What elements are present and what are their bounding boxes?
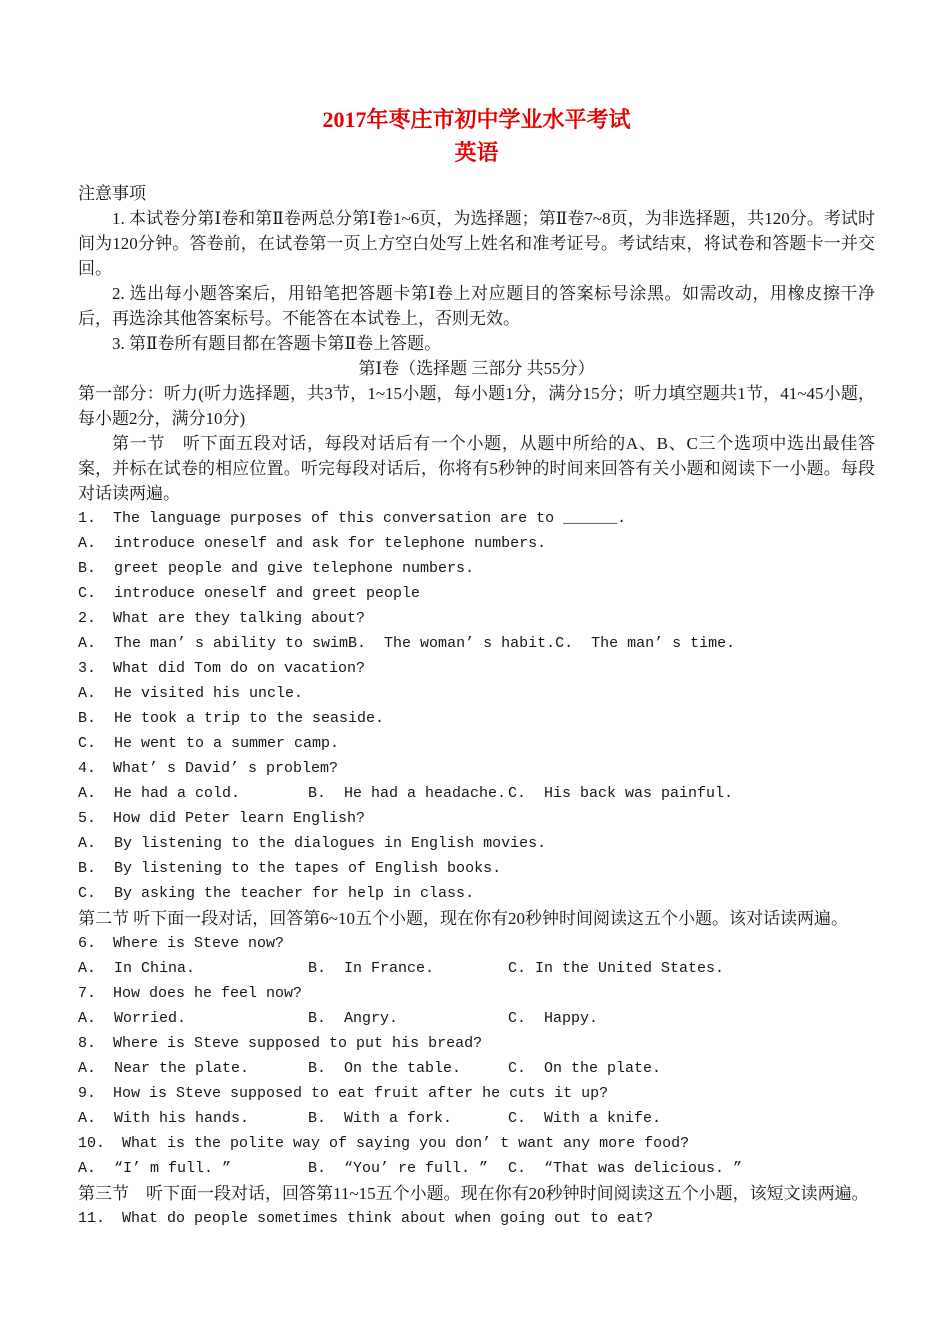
question-text: What are they talking about? (113, 610, 365, 627)
option: C. His back was painful. (508, 781, 733, 806)
option: B. Angry. (308, 1006, 508, 1031)
exam-subject: 英语 (78, 136, 875, 169)
page-content: 2017年枣庄市初中学业水平考试 英语 注意事项 1. 本试卷分第Ⅰ卷和第Ⅱ卷两… (0, 103, 950, 1231)
document-body: 注意事项 1. 本试卷分第Ⅰ卷和第Ⅱ卷两总分第Ⅰ卷1~6页，为选择题；第Ⅱ卷7~… (78, 181, 875, 1231)
section-intro: 第二节 听下面一段对话，回答第6~10五个小题，现在你有20秒钟时间阅读这五个小… (78, 906, 875, 931)
question-line: 11.What do people sometimes think about … (78, 1206, 875, 1231)
question-number: 1. (78, 506, 96, 531)
notice-item-3: 3. 第Ⅱ卷所有题目都在答题卡第Ⅱ卷上答题。 (78, 331, 875, 356)
question-text: Where is Steve now? (113, 935, 284, 952)
option: A. “I’ m full. ” (78, 1156, 308, 1181)
question-number: 3. (78, 656, 96, 681)
option: C. With a knife. (508, 1106, 661, 1131)
options-row: A. Worried.B. Angry.C. Happy. (78, 1006, 875, 1031)
option: A. With his hands. (78, 1106, 308, 1131)
option: A. By listening to the dialogues in Engl… (78, 831, 875, 856)
question-line: 8.Where is Steve supposed to put his bre… (78, 1031, 875, 1056)
option: C. “That was delicious. ” (508, 1156, 742, 1181)
volume1-heading: 第Ⅰ卷（选择题 三部分 共55分） (78, 356, 875, 381)
options-row: A. “I’ m full. ”B. “You’ re full. ”C. “T… (78, 1156, 875, 1181)
question-line: 9.How is Steve supposed to eat fruit aft… (78, 1081, 875, 1106)
question-number: 6. (78, 931, 96, 956)
question-line: 6.Where is Steve now? (78, 931, 875, 956)
question-line: 3.What did Tom do on vacation? (78, 656, 875, 681)
option: B. With a fork. (308, 1106, 508, 1131)
question-text: What did Tom do on vacation? (113, 660, 365, 677)
option: A. Worried. (78, 1006, 308, 1031)
notice-item-1: 1. 本试卷分第Ⅰ卷和第Ⅱ卷两总分第Ⅰ卷1~6页，为选择题；第Ⅱ卷7~8页，为非… (78, 206, 875, 281)
section-intro: 第三节 听下面一段对话，回答第11~15五个小题。现在你有20秒钟时间阅读这五个… (78, 1181, 875, 1206)
question-text: What’ s David’ s problem? (113, 760, 338, 777)
option: A. He had a cold. (78, 781, 308, 806)
option: C. On the plate. (508, 1056, 661, 1081)
option: C. He went to a summer camp. (78, 731, 875, 756)
question-text: How is Steve supposed to eat fruit after… (113, 1085, 608, 1102)
option: B. “You’ re full. ” (308, 1156, 508, 1181)
options-row: A. Near the plate.B. On the table.C. On … (78, 1056, 875, 1081)
option: B. In France. (308, 956, 508, 981)
option: C. In the United States. (508, 956, 724, 981)
notice-item-2: 2. 选出每小题答案后，用铅笔把答题卡第Ⅰ卷上对应题目的答案标号涂黑。如需改动，… (78, 281, 875, 331)
question-text: How does he feel now? (113, 985, 302, 1002)
option: B. By listening to the tapes of English … (78, 856, 875, 881)
question-line: 10.What is the polite way of saying you … (78, 1131, 875, 1156)
question-text: What do people sometimes think about whe… (122, 1210, 653, 1227)
question-text: Where is Steve supposed to put his bread… (113, 1035, 482, 1052)
question-line: 7.How does he feel now? (78, 981, 875, 1006)
option: B. He had a headache. (308, 781, 508, 806)
question-line: 5.How did Peter learn English? (78, 806, 875, 831)
option: C. introduce oneself and greet people (78, 581, 875, 606)
question-line: 1.The language purposes of this conversa… (78, 506, 875, 531)
part1-intro: 第一部分：听力(听力选择题，共3节，1~15小题，每小题1分，满分15分；听力填… (78, 381, 875, 431)
option: C. By asking the teacher for help in cla… (78, 881, 875, 906)
question-text: The language purposes of this conversati… (113, 510, 626, 527)
question-text: How did Peter learn English? (113, 810, 365, 827)
option: A. In China. (78, 956, 308, 981)
question-line: 4.What’ s David’ s problem? (78, 756, 875, 781)
options-row: A. The man’ s ability to swimB. The woma… (78, 631, 875, 656)
question-number: 7. (78, 981, 96, 1006)
options-row: A. With his hands.B. With a fork.C. With… (78, 1106, 875, 1131)
question-text: What is the polite way of saying you don… (122, 1135, 689, 1152)
option: B. On the table. (308, 1056, 508, 1081)
option: B. The woman’ s habit. (348, 631, 555, 656)
question-number: 5. (78, 806, 96, 831)
option: B. He took a trip to the seaside. (78, 706, 875, 731)
option: A. Near the plate. (78, 1056, 308, 1081)
option: A. He visited his uncle. (78, 681, 875, 706)
section1-intro: 第一节 听下面五段对话，每段对话后有一个小题，从题中所给的A、B、C三个选项中选… (78, 431, 875, 506)
option: B. greet people and give telephone numbe… (78, 556, 875, 581)
option: C. Happy. (508, 1006, 598, 1031)
question-number: 9. (78, 1081, 96, 1106)
question-number: 8. (78, 1031, 96, 1056)
options-row: A. He had a cold.B. He had a headache.C.… (78, 781, 875, 806)
option: A. introduce oneself and ask for telepho… (78, 531, 875, 556)
options-row: A. In China.B. In France.C. In the Unite… (78, 956, 875, 981)
question-number: 2. (78, 606, 96, 631)
question-number: 4. (78, 756, 96, 781)
notice-heading: 注意事项 (78, 181, 875, 206)
exam-paper-page: 2017年枣庄市初中学业水平考试 英语 注意事项 1. 本试卷分第Ⅰ卷和第Ⅱ卷两… (0, 0, 950, 1344)
exam-title: 2017年枣庄市初中学业水平考试 (78, 103, 875, 136)
question-line: 2.What are they talking about? (78, 606, 875, 631)
option: C. The man’ s time. (555, 631, 735, 656)
question-number: 10. (78, 1131, 105, 1156)
listening-questions: 1.The language purposes of this conversa… (78, 506, 875, 1231)
option: A. The man’ s ability to swim (78, 631, 348, 656)
question-number: 11. (78, 1206, 105, 1231)
